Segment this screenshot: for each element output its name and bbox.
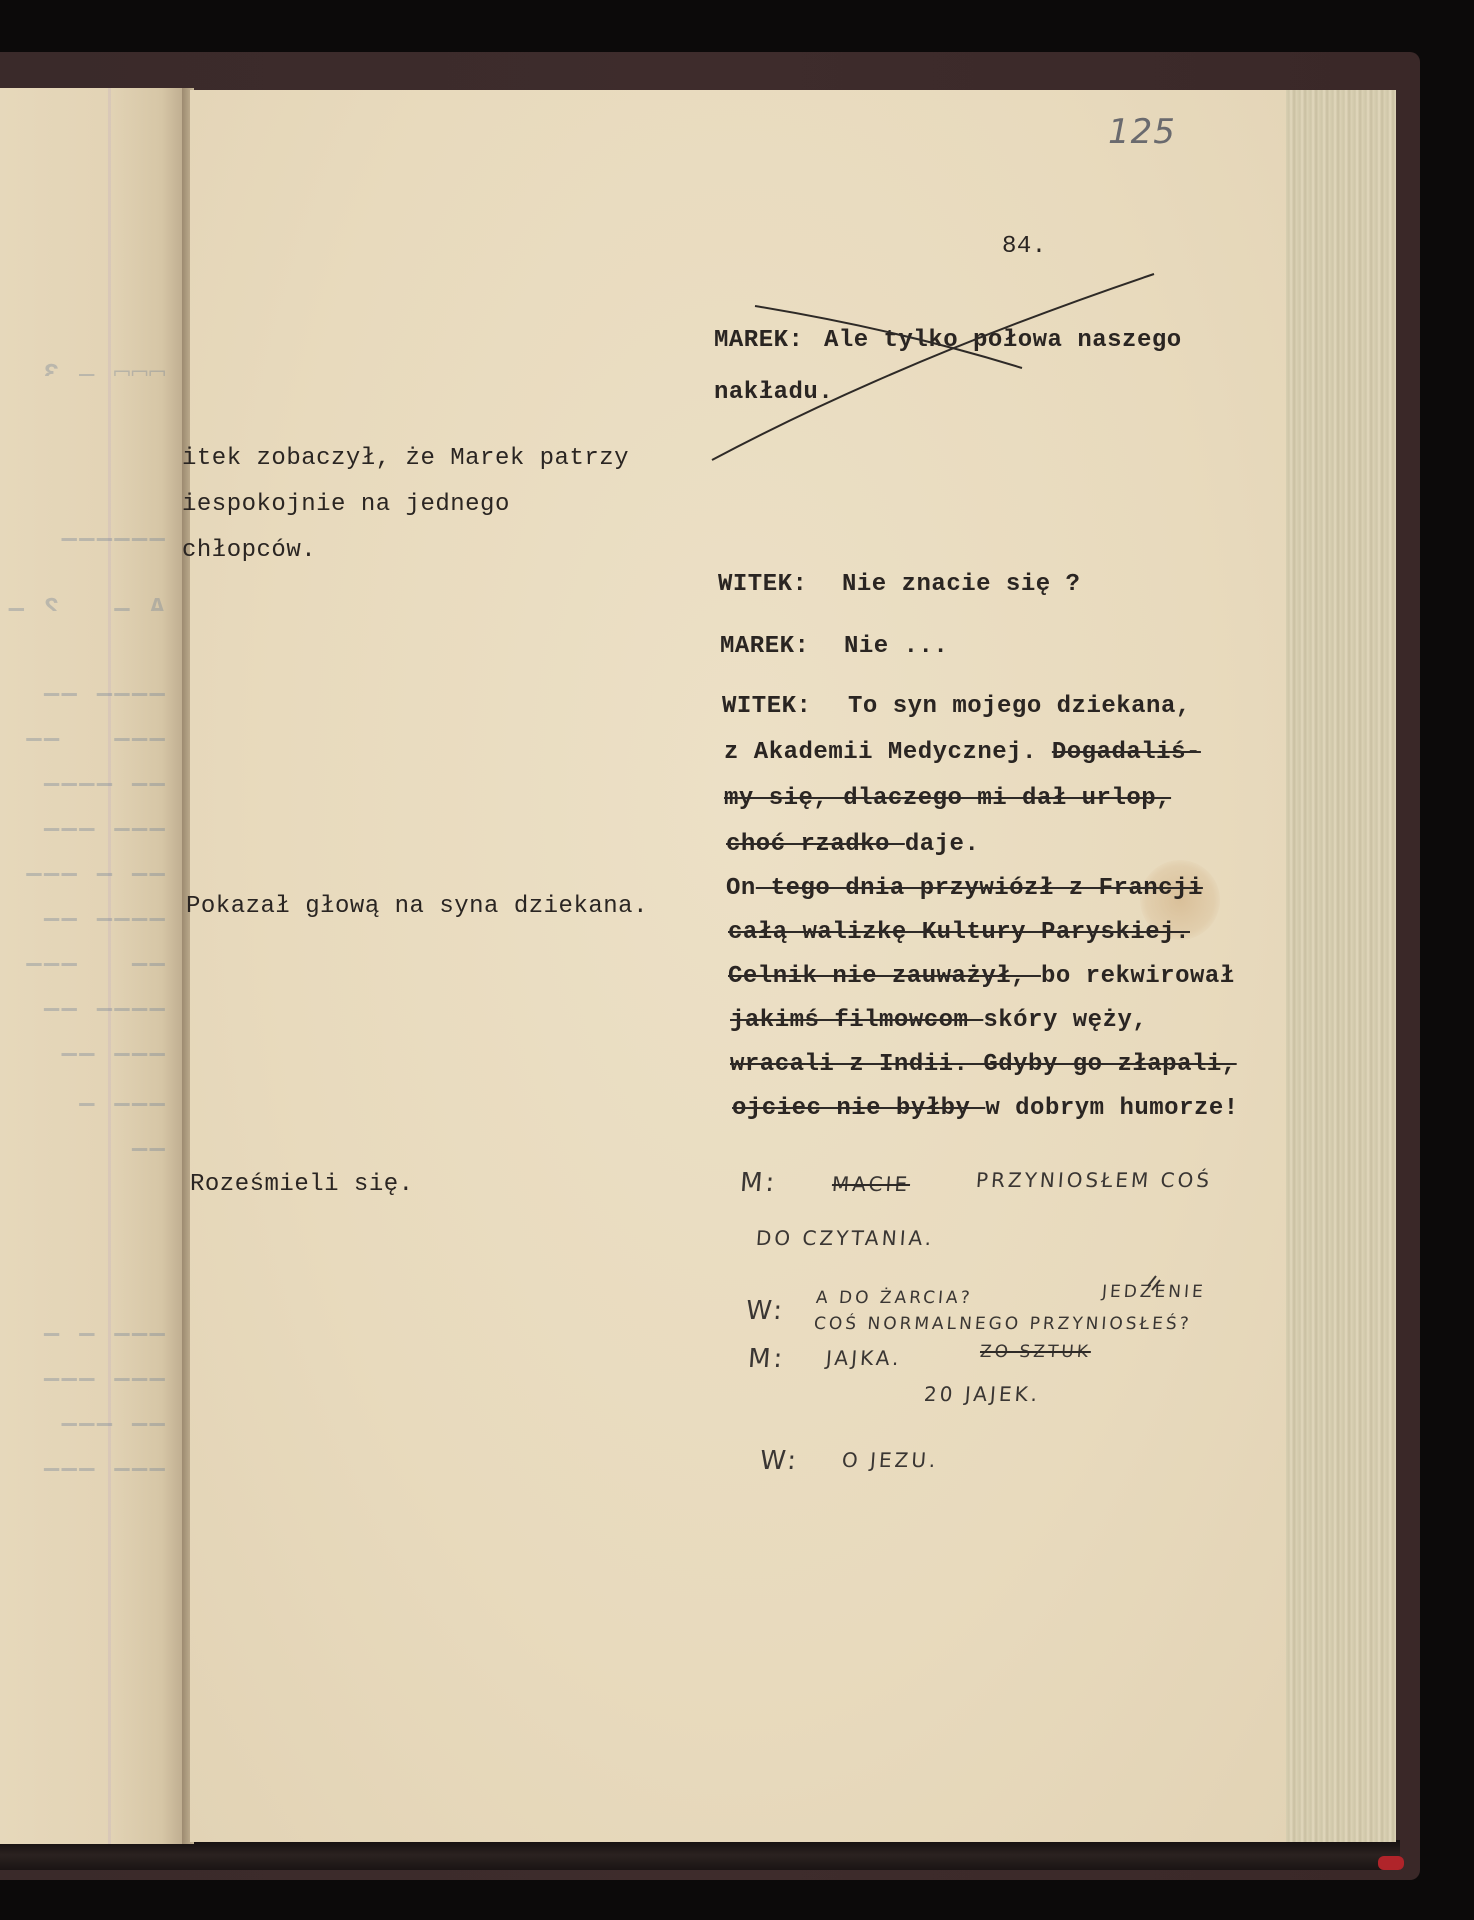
bleed-through-text: ▬▬▬ ▬▬▬	[0, 1453, 165, 1471]
stage-direction-2: Pokazał głową na syna dziekana.	[186, 884, 648, 930]
continuation-line-1: z Akademii Medycznej. Dogadaliś-	[724, 730, 1201, 776]
book-cover-bottom-edge	[0, 1840, 1400, 1870]
crossed-speaker-marek: MAREK:	[714, 318, 803, 364]
dialogue-marek-1: Nie ...	[844, 624, 948, 670]
bleed-through-text: ▬▬▬ , ▬▬	[0, 723, 165, 741]
hand-note-6: 20 JAJEK.	[923, 1382, 1041, 1406]
stage-direction-1-line-2: iespokojnie na jednego	[182, 482, 510, 528]
hand-struck-word-1: MACIE	[831, 1172, 911, 1196]
hand-note-3-addition: JEDZENIE	[1101, 1282, 1206, 1302]
hand-note-4: COŚ NORMALNEGO PRZYNIOSŁEŚ?	[813, 1314, 1192, 1334]
continuation-line-9: ojciec nie byłby w dobrym humorze!	[732, 1086, 1239, 1132]
dialogue-witek-1: Nie znacie się ?	[842, 562, 1080, 608]
continuation-line-5: całą walizkę Kultury Paryskiej.	[728, 910, 1190, 956]
speaker-marek-1: MAREK:	[720, 624, 809, 670]
hand-note-1: PRZYNIOSŁEM COŚ	[975, 1168, 1213, 1192]
hand-speaker-m-2: M:	[747, 1344, 786, 1374]
hand-note-2: DO CZYTANIA.	[755, 1226, 935, 1250]
continuation-line-4: On tego dnia przywiózł z Francji	[726, 866, 1203, 912]
bleed-through-text: ▬▬▬ ▬▬▬	[0, 1363, 165, 1381]
bleed-through-text: ▬▬ ▬▬▬▬	[0, 768, 165, 786]
page-number: 84.	[1002, 224, 1047, 270]
left-page: ▭▭▭ ▬ 3 ▬▬▬▬▬▬ . A ▬ . 2 ▬ . ▬▬▬▬ ▬▬ ▬▬▬…	[0, 88, 190, 1844]
bleed-through-text: ▬▬ , ▬▬▬	[0, 948, 165, 966]
bleed-through-text: ▭▭▭ ▬ 3	[0, 358, 165, 376]
stage-direction-3: Roześmieli się.	[190, 1162, 414, 1208]
red-corner-mark	[1378, 1856, 1404, 1870]
left-page-fold	[108, 88, 111, 1844]
bleed-through-text: ▬▬▬▬▬▬ .	[0, 523, 165, 541]
speaker-witek-2: WITEK:	[722, 684, 811, 730]
hand-speaker-w-2: W:	[759, 1446, 800, 1476]
dialogue-witek-2: To syn mojego dziekana,	[848, 684, 1191, 730]
bleed-through-text: ▬▬	[0, 1133, 165, 1151]
bleed-through-text: ▬▬▬▬ ▬▬	[0, 903, 165, 921]
page-edges	[1286, 90, 1396, 1842]
hand-speaker-w-1: W:	[745, 1296, 786, 1326]
stage-direction-1-line-1: itek zobaczył, że Marek patrzy	[182, 436, 629, 482]
continuation-line-2: my się, dlaczego mi dał urlop,	[724, 776, 1171, 822]
hand-struck-word-5: ZO SZTUK	[979, 1342, 1091, 1362]
continuation-line-7: jakimś filmowcom skóry węży,	[730, 998, 1147, 1044]
bleed-through-text: A ▬ . 2 ▬ .	[0, 593, 165, 611]
continuation-line-8: wracali z Indii. Gdyby go złapali,	[730, 1042, 1237, 1088]
bleed-through-text: ▬▬▬ ▬ ▬	[0, 1318, 165, 1336]
hand-note-3: A DO ŻARCIA?	[815, 1288, 973, 1308]
crossed-line-1: Ale tylko połowa naszego	[824, 318, 1182, 364]
continuation-line-3: choć rzadko daje.	[726, 822, 979, 868]
hand-speaker-m-1: M:	[739, 1168, 778, 1198]
speaker-witek-1: WITEK:	[718, 562, 807, 608]
bleed-through-text: ▬▬ ▬ ▬▬▬	[0, 858, 165, 876]
hand-note-5: JAJKA.	[825, 1346, 902, 1370]
hand-note-7: O JEZU.	[841, 1448, 939, 1472]
bleed-through-text: ▬▬ ▬▬▬	[0, 1408, 165, 1426]
bleed-through-text: ▬▬▬ ▬▬	[0, 1038, 165, 1056]
bleed-through-text: ▬▬▬▬ ▬▬	[0, 678, 165, 696]
archive-folio-number: 125	[1108, 112, 1176, 152]
bleed-through-text: ▬▬▬ ▬	[0, 1088, 165, 1106]
bleed-through-text: ▬▬▬ ▬▬▬	[0, 813, 165, 831]
bleed-through-text: ▬▬▬▬ ▬▬	[0, 993, 165, 1011]
crossed-line-2: nakładu.	[714, 370, 833, 416]
continuation-line-6: Celnik nie zauważył, bo rekwirował	[728, 954, 1235, 1000]
stage-direction-1-line-3: chłopców.	[182, 528, 316, 574]
